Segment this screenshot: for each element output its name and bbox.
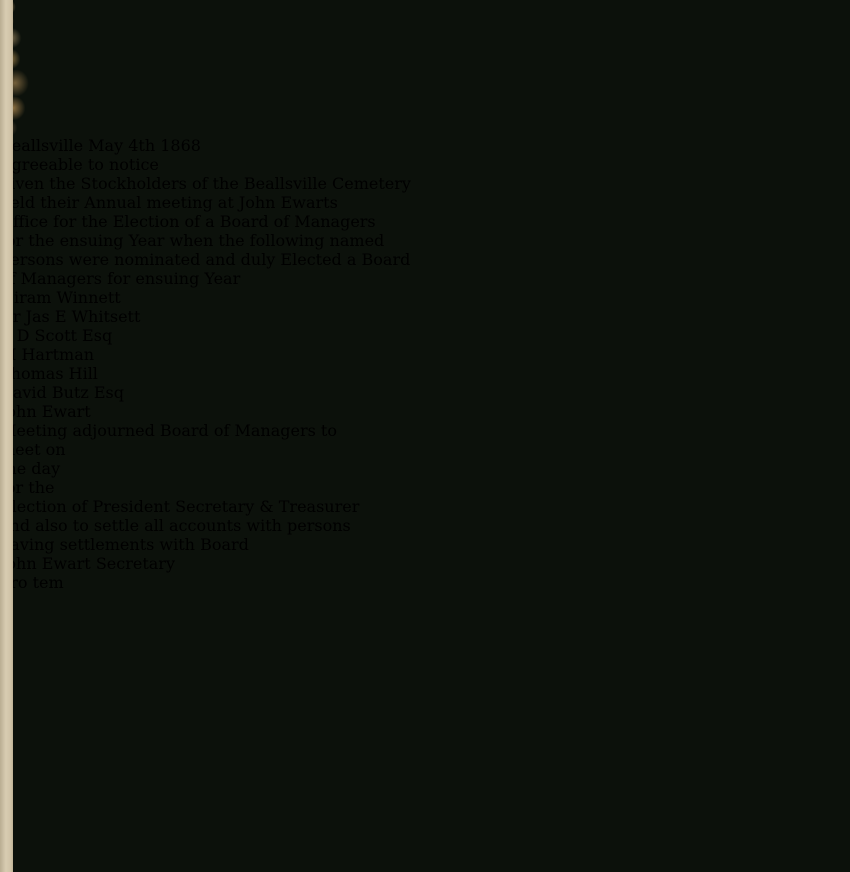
adjournment-line-4: and also to settle all accounts with per…	[0, 516, 850, 535]
adjournment-line-5: having settlements with Board	[0, 535, 850, 554]
opening-line-3: held their Annual meeting at John Ewarts	[0, 193, 850, 212]
opening-line-7: of Managers for ensuing Year	[0, 269, 850, 288]
signature-name: John Ewart Secretary	[0, 554, 850, 573]
opening-line-2: given the Stockholders of the Beallsvill…	[0, 174, 850, 193]
dateline: Beallsville May 4th 1868	[0, 136, 850, 155]
adjournment-line-2-seg-3: for the	[0, 478, 850, 497]
previous-page-edge	[0, 0, 13, 872]
adjournment-line-2-seg-2: the day	[0, 459, 850, 478]
scanned-ledger-page: Beallsville May 4th 1868 Agreeable to no…	[0, 0, 850, 872]
adjournment-line-1: Meeting adjourned Board of Managers to	[0, 421, 850, 440]
manager-name: A D Scott Esq	[0, 326, 850, 345]
opening-line-4: Office for the Election of a Board of Ma…	[0, 212, 850, 231]
adjournment-line-2-seg-1: meet on	[0, 440, 850, 459]
manager-name: Hiram Winnett	[0, 288, 850, 307]
binding-gutter	[13, 0, 22, 872]
manager-name: David Butz Esq	[0, 383, 850, 402]
manager-name: Thomas Hill	[0, 364, 850, 383]
opening-line-1: Agreeable to notice	[0, 155, 850, 174]
manager-name: John Ewart	[0, 402, 850, 421]
adjournment-line-3: Election of President Secretary & Treasu…	[0, 497, 850, 516]
manager-name: M Hartman	[0, 345, 850, 364]
opening-line-5: for the ensuing Year when the following …	[0, 231, 850, 250]
signature-pro-tem: pro tem	[0, 573, 850, 592]
manager-name: Dr Jas E Whitsett	[0, 307, 850, 326]
opening-line-6: persons were nominated and duly Elected …	[0, 250, 850, 269]
